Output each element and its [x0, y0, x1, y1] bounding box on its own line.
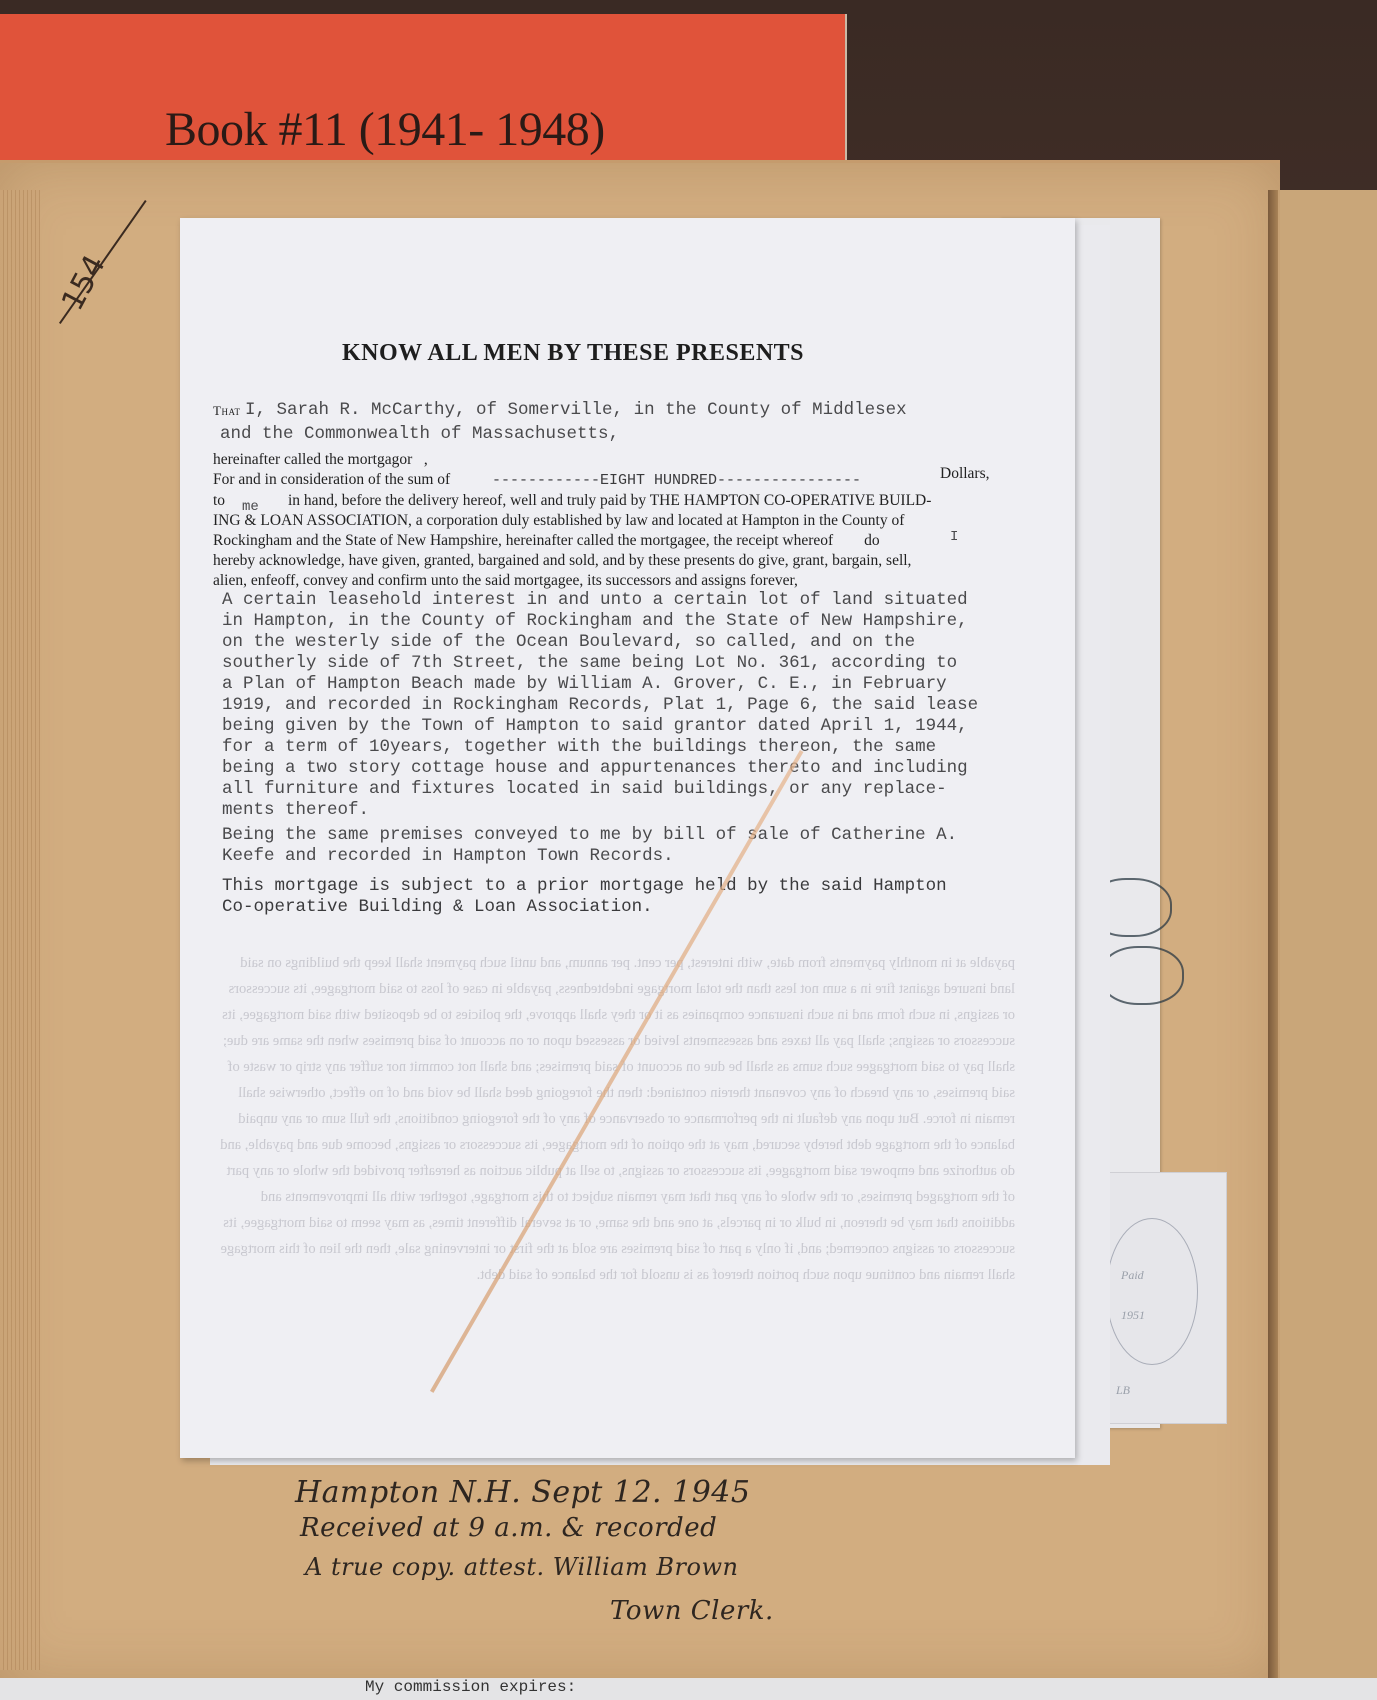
hereinafter-mortgagor: hereinafter called the mortgagor , — [213, 450, 428, 470]
prior-mortgage-line: Co-operative Building & Loan Association… — [222, 897, 653, 918]
bill-of-sale-line: Keefe and recorded in Hampton Town Recor… — [222, 846, 674, 867]
to-label: to — [213, 491, 225, 511]
property-description-line: ments thereof. — [222, 800, 369, 821]
consideration-label: For and in consideration of the sum of — [213, 470, 450, 490]
recording-note-line-3: A true copy. attest. William Brown — [305, 1553, 738, 1581]
deed-heading: KNOW ALL MEN BY THESE PRESENTS — [342, 340, 804, 367]
bleed-through-reverse-text: payable at in monthly payments from date… — [215, 950, 1015, 1288]
prior-mortgage-line: This mortgage is subject to a prior mort… — [222, 876, 947, 897]
property-description-line: 1919, and recorded in Rockingham Records… — [222, 695, 978, 716]
property-description-line: in Hampton, in the County of Rockingham … — [222, 611, 968, 632]
ledger-spine — [1268, 190, 1278, 1680]
property-description-line: being given by the Town of Hampton to sa… — [222, 716, 968, 737]
recording-note-line-4: Town Clerk. — [610, 1596, 774, 1626]
printed-line: ING & LOAN ASSOCIATION, a corporation du… — [213, 511, 904, 531]
receipt-typed-i: I — [950, 527, 958, 548]
bill-of-sale-line: Being the same premises conveyed to me b… — [222, 825, 957, 846]
pencil-note: Paid — [1121, 1268, 1144, 1283]
recording-note-line-1: Hampton N.H. Sept 12. 1945 — [295, 1475, 750, 1510]
redacted-signature-scribble — [1100, 946, 1184, 1005]
property-description-line: southerly side of 7th Street, the same b… — [222, 653, 957, 674]
property-description-line: for a term of 10years, together with the… — [222, 737, 936, 758]
ledger-page-edges — [0, 190, 40, 1670]
property-description-line: being a two story cottage house and appu… — [222, 758, 968, 779]
mortgagor-line-2: and the Commonwealth of Massachusetts, — [220, 424, 619, 445]
pencil-circle — [1106, 1218, 1198, 1365]
paid-by-line: in hand, before the delivery hereof, wel… — [288, 491, 931, 511]
printed-line: Rockingham and the State of New Hampshir… — [213, 531, 880, 551]
dollars-label: Dollars, — [940, 464, 990, 484]
book-title: Book #11 (1941- 1948) — [165, 102, 605, 157]
property-description-line: A certain leasehold interest in and unto… — [222, 590, 968, 611]
printed-line: hereby acknowledge, have given, granted,… — [213, 551, 911, 571]
that-label: That — [213, 403, 240, 419]
attached-receipt-card: Paid 1951 LB — [1100, 1172, 1227, 1424]
printed-line: alien, enfeoff, convey and confirm unto … — [213, 571, 798, 591]
recording-note-line-2: Received at 9 a.m. & recorded — [300, 1513, 717, 1543]
property-description-line: a Plan of Hampton Beach made by William … — [222, 674, 947, 695]
consideration-amount: ------------EIGHT HUNDRED---------------… — [492, 470, 861, 491]
commission-expires-text: My commission expires: — [365, 1678, 576, 1696]
pencil-note: 1951 — [1121, 1308, 1145, 1323]
underlying-notary-page: My commission expires: — [0, 1678, 1377, 1700]
property-description-line: all furniture and fixtures located in sa… — [222, 779, 947, 800]
pencil-note: LB — [1116, 1383, 1130, 1398]
mortgagor-line-1: I, Sarah R. McCarthy, of Somerville, in … — [245, 400, 907, 421]
property-description-line: on the westerly side of the Ocean Boulev… — [222, 632, 915, 653]
